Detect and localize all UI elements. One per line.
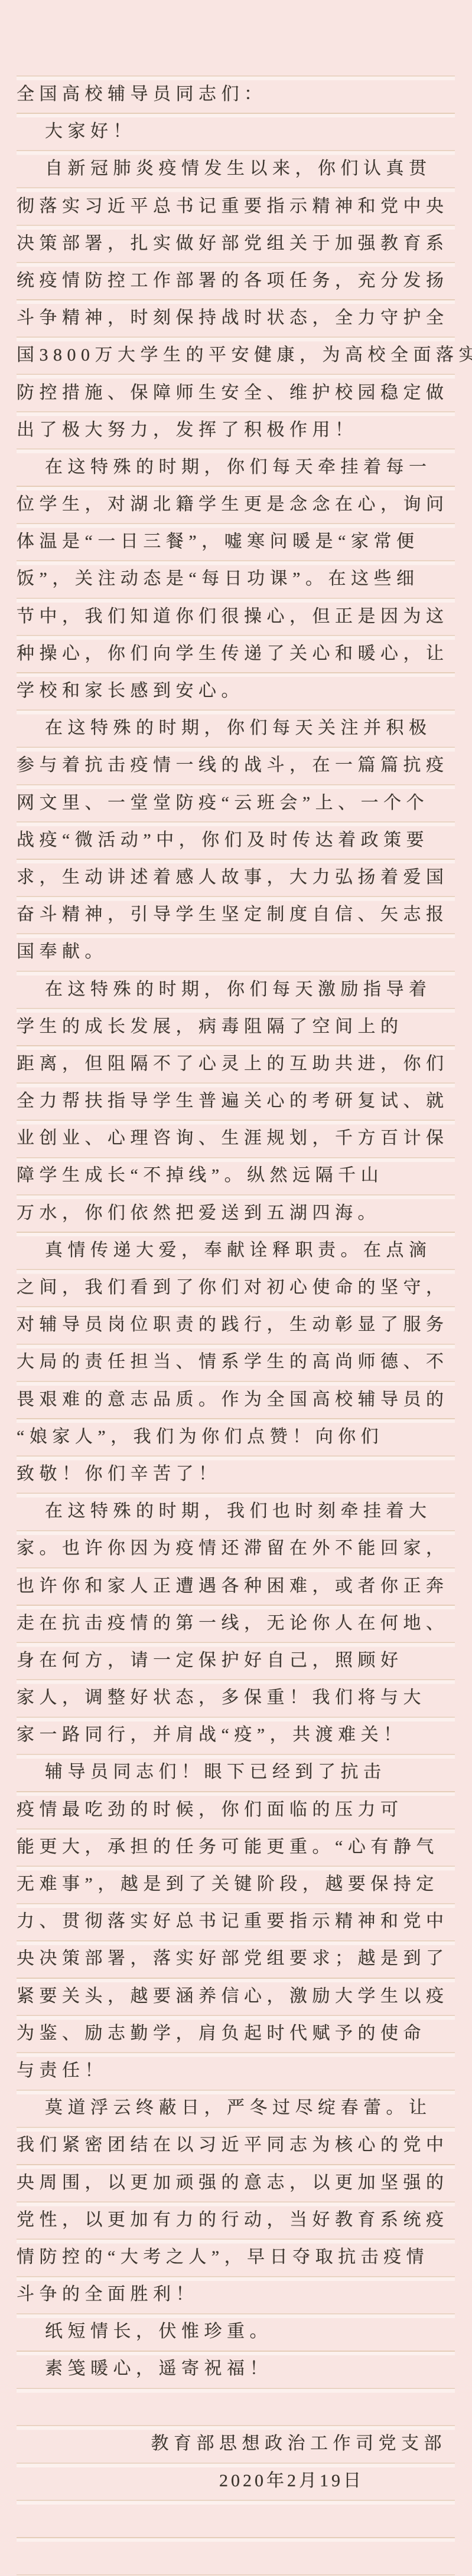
letter-line: 体温是“一日三餐”，嘘寒问暖是“家常便 [17,523,455,560]
letter-line: 斗争精神，时刻保持战时状态，全力守护全 [17,299,455,336]
letter-line: 网文里、一堂堂防疫“云班会”上、一个个 [17,784,455,821]
letter-line: “娘家人”，我们为你们点赞！向你们 [17,1418,455,1455]
letter-line: 距离，但阻隔不了心灵上的互助共进，你们 [17,1045,455,1082]
letter-line: 家。也许你因为疫情还滞留在外不能回家， [17,1530,455,1567]
letter-line: 全国高校辅导员同志们： [17,76,455,113]
letter-line: 在这特殊的时期，你们每天牵挂着每一 [17,449,455,486]
letter-line: 参与着抗击疫情一线的战斗，在一篇篇抗疫 [17,747,455,784]
signature-line: 教育部思想政治工作司党支部 [17,2425,455,2462]
letter-line: 辅导员同志们！眼下已经到了抗击 [17,1753,455,1791]
letter-line: 真情传递大爱，奉献诠释职责。在点滴 [17,1232,455,1269]
letter-line: 决策部署，扎实做好部党组关于加强教育系 [17,225,455,262]
letter-line: 力、贯彻落实好总书记重要指示精神和党中 [17,1903,455,1940]
letter-line: 央决策部署，落实好部党组要求；越是到了 [17,1940,455,1977]
date-line: 2020年2月19日 [17,2462,455,2499]
letter-line: 战疫“微活动”中，你们及时传达着政策要 [17,821,455,859]
letter-line: 也许你和家人正遭遇各种困难，或者你正奔 [17,1567,455,1605]
letter-line: 障学生成长“不掉线”。纵然远隔千山 [17,1157,455,1194]
letter-line: 大家好！ [17,113,455,150]
letter-line: 走在抗击疫情的第一线，无论你人在何地、 [17,1605,455,1642]
letter-line: 疫情最吃劲的时候，你们面临的压力可 [17,1791,455,1828]
letter-line: 在这特殊的时期，你们每天关注并积极 [17,709,455,747]
letter-line: 统疫情防控工作部署的各项任务，充分发扬 [17,262,455,299]
letter-line: 莫道浮云终蔽日，严冬过尽绽春蕾。让 [17,2089,455,2126]
letter-line: 斗争的全面胜利！ [17,2276,455,2313]
letter-line: 情防控的“大考之人”，早日夺取抗击疫情 [17,2238,455,2276]
letter-body: 全国高校辅导员同志们：大家好！自新冠肺炎疫情发生以来，你们认真贯彻落实习近平总书… [17,76,455,2499]
letter-line: 在这特殊的时期，我们也时刻牵挂着大 [17,1492,455,1530]
letter-line: 素笺暖心，遥寄祝福！ [17,2350,455,2387]
letter-line: 饭”，关注动态是“每日功课”。在这些细 [17,560,455,597]
letter-line: 位学生，对湖北籍学生更是念念在心，询问 [17,486,455,523]
letter-line: 全力帮扶指导学生普遍关心的考研复试、就 [17,1082,455,1120]
letter-line: 家人，调整好状态，多保重！我们将与大 [17,1679,455,1716]
letter-line: 出了极大努力，发挥了积极作用！ [17,411,455,449]
letter-line: 国奉献。 [17,933,455,970]
letter-line: 国3800万大学生的平安健康，为高校全面落实 [17,336,455,374]
letter-line: 家一路同行，并肩战“疫”，共渡难关！ [17,1716,455,1753]
letter-page: 全国高校辅导员同志们：大家好！自新冠肺炎疫情发生以来，你们认真贯彻落实习近平总书… [0,0,472,2576]
letter-line: 央周围，以更加顽强的意志，以更加坚强的 [17,2164,455,2201]
letter-line: 防控措施、保障师生安全、维护校园稳定做 [17,374,455,411]
letter-line: 致敬！你们辛苦了！ [17,1455,455,1492]
letter-line: 之间，我们看到了你们对初心使命的坚守， [17,1269,455,1306]
letter-line: 党性，以更加有力的行动，当好教育系统疫 [17,2201,455,2238]
letter-line: 畏艰难的意志品质。作为全国高校辅导员的 [17,1381,455,1418]
letter-line: 学生的成长发展，病毒阻隔了空间上的 [17,1008,455,1045]
letter-line: 大局的责任担当、情系学生的高尚师德、不 [17,1343,455,1380]
letter-line: 无难事”，越是到了关键阶段，越要保持定 [17,1865,455,1903]
letter-line: 学校和家长感到安心。 [17,672,455,709]
letter-line: 纸短情长，伏惟珍重。 [17,2313,455,2350]
letter-line: 能更大，承担的任务可能更重。“心有静气 [17,1828,455,1865]
letter-line [17,2388,455,2425]
letter-line: 身在何方，请一定保护好自己，照顾好 [17,1642,455,1679]
letter-line: 紧要关头，越要涵养信心，激励大学生以疫 [17,1978,455,2015]
letter-line: 节中，我们知道你们很操心，但正是因为这 [17,598,455,635]
letter-line: 在这特殊的时期，你们每天激励指导着 [17,971,455,1008]
letter-line: 与责任！ [17,2052,455,2089]
letter-line: 对辅导员岗位职责的践行，生动彰显了服务 [17,1306,455,1343]
letter-line: 奋斗精神，引导学生坚定制度自信、矢志报 [17,896,455,933]
letter-line: 求，生动讲述着感人故事，大力弘扬着爱国 [17,859,455,896]
letter-line: 为鉴、励志勤学，肩负起时代赋予的使命 [17,2015,455,2052]
letter-line: 万水，你们依然把爱送到五湖四海。 [17,1194,455,1232]
letter-line: 业创业、心理咨询、生涯规划，千方百计保 [17,1120,455,1157]
letter-line: 彻落实习近平总书记重要指示精神和党中央 [17,188,455,225]
letter-line: 种操心，你们向学生传递了关心和暖心，让 [17,635,455,672]
letter-line: 自新冠肺炎疫情发生以来，你们认真贯 [17,150,455,187]
letter-line: 我们紧密团结在以习近平同志为核心的党中 [17,2126,455,2163]
